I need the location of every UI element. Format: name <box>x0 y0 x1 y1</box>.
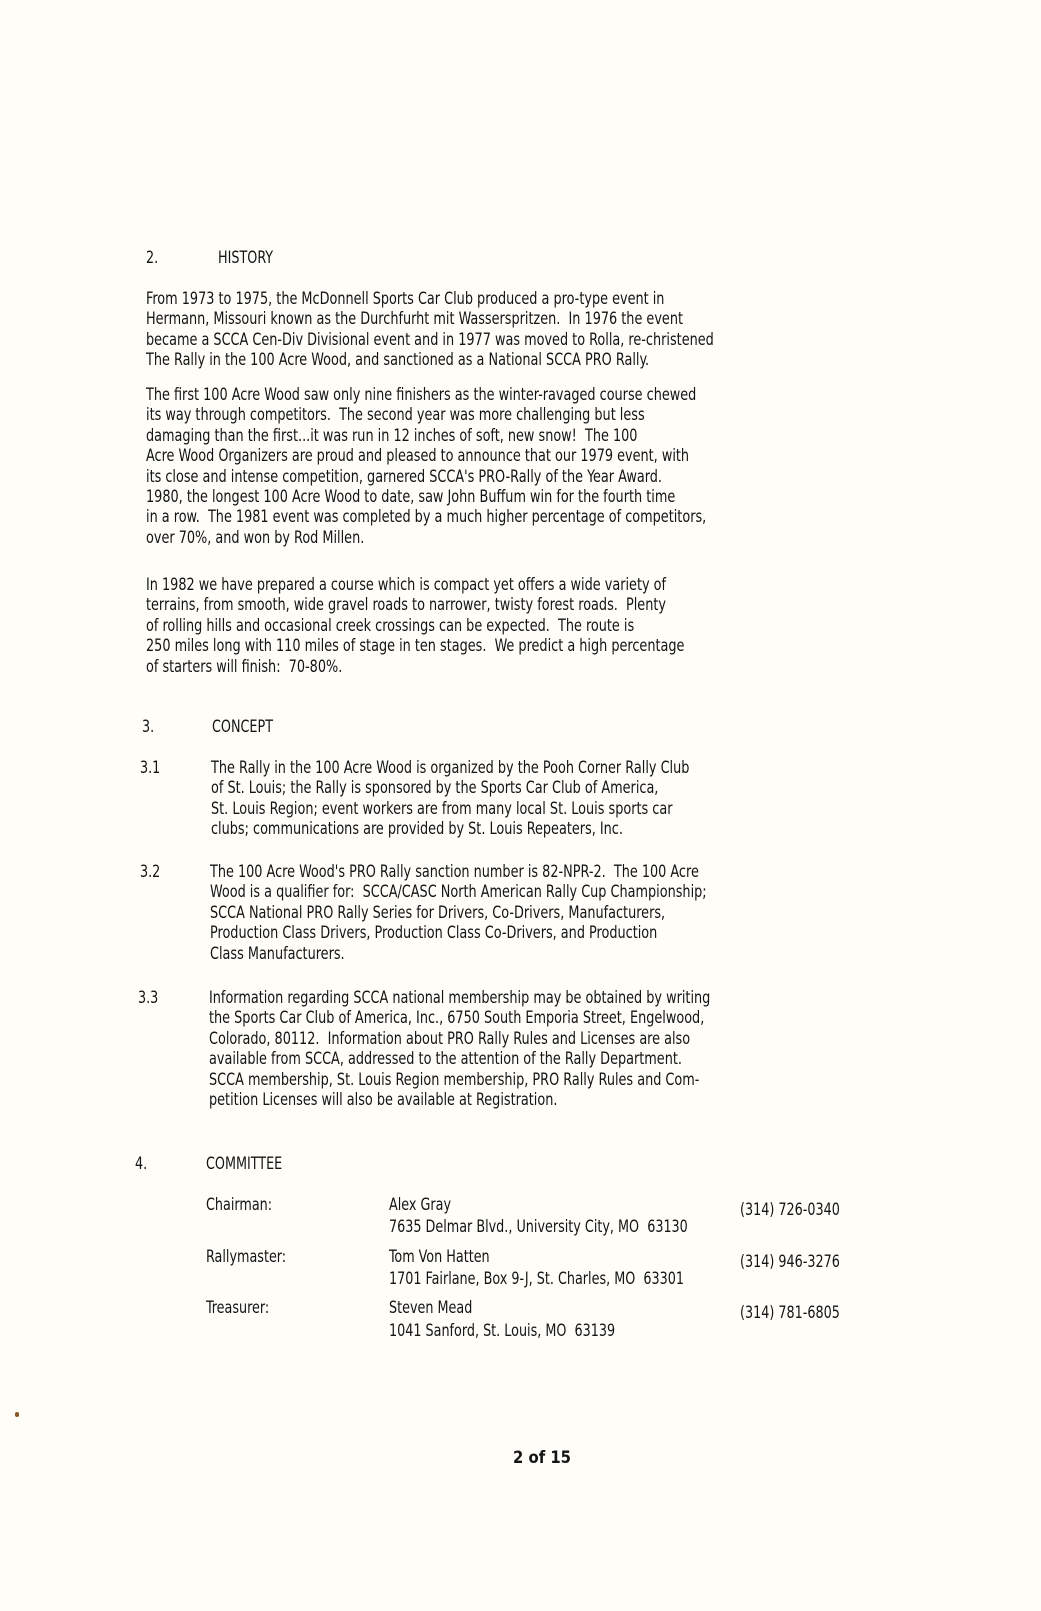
committee-address-treasurer: 1041 Sanford, St. Louis, MO 63139 <box>389 1321 615 1340</box>
text-line: available from SCCA, addressed to the at… <box>209 1049 710 1069</box>
section-number-concept: 3. <box>142 717 154 736</box>
history-paragraph-1: From 1973 to 1975, the McDonnell Sports … <box>146 289 802 371</box>
text-line: damaging than the first...it was run in … <box>146 426 706 446</box>
text-line: Production Class Drivers, Production Cla… <box>210 923 707 943</box>
text-line: the Sports Car Club of America, Inc., 67… <box>209 1008 710 1028</box>
text-line: 1980, the longest 100 Acre Wood to date,… <box>146 487 706 507</box>
history-paragraph-2: The first 100 Acre Wood saw only nine fi… <box>146 385 794 548</box>
committee-name-treasurer: Steven Mead <box>389 1298 472 1317</box>
committee-phone-treasurer: (314) 781-6805 <box>740 1303 840 1322</box>
section-number-history: 2. <box>146 248 158 267</box>
text-line: Information regarding SCCA national memb… <box>209 988 710 1008</box>
committee-role-treasurer: Treasurer: <box>206 1298 269 1317</box>
text-line: its close and intense competition, garne… <box>146 467 706 487</box>
section-title-committee: COMMITTEE <box>206 1154 282 1173</box>
text-line: Colorado, 80112. Information about PRO R… <box>209 1029 710 1049</box>
text-line: Acre Wood Organizers are proud and pleas… <box>146 446 706 466</box>
concept-item-3-1: The Rally in the 100 Acre Wood is organi… <box>211 758 764 840</box>
item-number-3-2: 3.2 <box>140 862 160 881</box>
text-line: petition Licenses will also be available… <box>209 1090 710 1110</box>
text-line: Wood is a qualifier for: SCCA/CASC North… <box>210 882 707 902</box>
text-line: The 100 Acre Wood's PRO Rally sanction n… <box>210 862 707 882</box>
text-line: became a SCCA Cen-Div Divisional event a… <box>146 330 714 350</box>
text-line: over 70%, and won by Rod Millen. <box>146 528 706 548</box>
text-line: SCCA membership, St. Louis Region member… <box>209 1070 710 1090</box>
section-title-history: HISTORY <box>218 248 273 267</box>
text-line: 250 miles long with 110 miles of stage i… <box>146 636 684 656</box>
history-paragraph-3: In 1982 we have prepared a course which … <box>146 575 768 677</box>
text-line: St. Louis Region; event workers are from… <box>211 799 689 819</box>
text-line: Class Manufacturers. <box>210 944 707 964</box>
committee-phone-chairman: (314) 726-0340 <box>740 1200 840 1219</box>
item-number-3-1: 3.1 <box>140 758 160 777</box>
committee-address-chairman: 7635 Delmar Blvd., University City, MO 6… <box>389 1217 688 1236</box>
text-line: From 1973 to 1975, the McDonnell Sports … <box>146 289 714 309</box>
committee-role-chairman: Chairman: <box>206 1195 272 1214</box>
page-number: 2 of 15 <box>513 1448 571 1467</box>
text-line: clubs; communications are provided by St… <box>211 819 689 839</box>
section-title-concept: CONCEPT <box>212 717 273 736</box>
text-line: its way through competitors. The second … <box>146 405 706 425</box>
section-number-committee: 4. <box>135 1154 147 1173</box>
concept-item-3-2: The 100 Acre Wood's PRO Rally sanction n… <box>210 862 784 964</box>
text-line: of St. Louis; the Rally is sponsored by … <box>211 778 689 798</box>
committee-name-chairman: Alex Gray <box>389 1195 451 1214</box>
text-line: The first 100 Acre Wood saw only nine fi… <box>146 385 706 405</box>
committee-phone-rallymaster: (314) 946-3276 <box>740 1252 840 1271</box>
document-page: 2. HISTORY From 1973 to 1975, the McDonn… <box>0 0 1041 1611</box>
text-line: The Rally in the 100 Acre Wood, and sanc… <box>146 350 714 370</box>
concept-item-3-3: Information regarding SCCA national memb… <box>209 988 789 1110</box>
committee-address-rallymaster: 1701 Fairlane, Box 9-J, St. Charles, MO … <box>389 1269 684 1288</box>
text-line: In 1982 we have prepared a course which … <box>146 575 684 595</box>
scan-speck <box>15 1412 19 1417</box>
text-line: of rolling hills and occasional creek cr… <box>146 616 684 636</box>
text-line: in a row. The 1981 event was completed b… <box>146 507 706 527</box>
text-line: SCCA National PRO Rally Series for Drive… <box>210 903 707 923</box>
committee-name-rallymaster: Tom Von Hatten <box>389 1247 490 1266</box>
committee-role-rallymaster: Rallymaster: <box>206 1247 286 1266</box>
text-line: Hermann, Missouri known as the Durchfurh… <box>146 309 714 329</box>
text-line: terrains, from smooth, wide gravel roads… <box>146 595 684 615</box>
item-number-3-3: 3.3 <box>138 988 158 1007</box>
text-line: of starters will finish: 70-80%. <box>146 657 684 677</box>
text-line: The Rally in the 100 Acre Wood is organi… <box>211 758 689 778</box>
